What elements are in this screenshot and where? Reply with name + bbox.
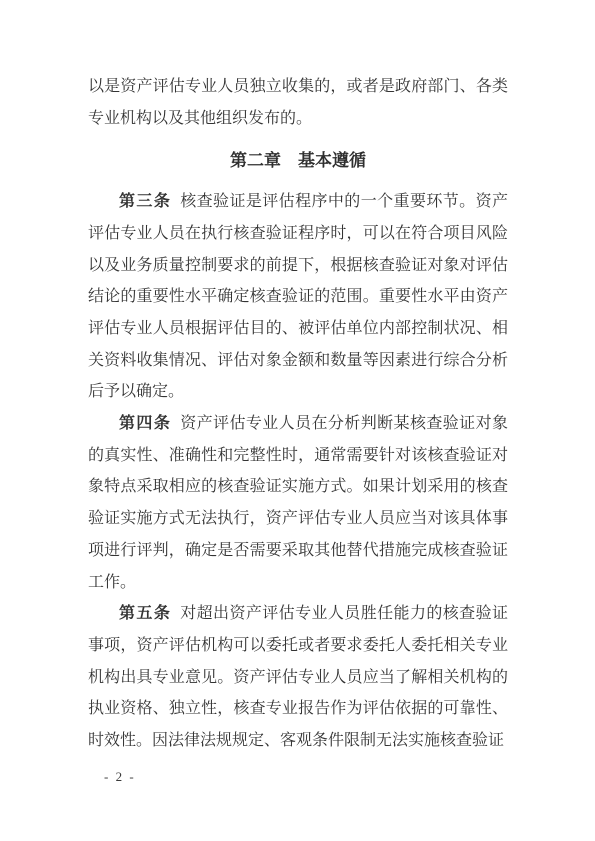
article-5-text: 对超出资产评估专业人员胜任能力的核查验证事项，资产评估机构可以委托或者要求委托人…: [88, 605, 508, 749]
chapter-heading: 第二章 基本遵循: [88, 145, 508, 177]
article-3-text: 核查验证是评估程序中的一个重要环节。资产评估专业人员在执行核查验证程序时，可以在…: [88, 193, 508, 400]
document-page: 以是资产评估专业人员独立收集的，或者是政府部门、各类专业机构以及其他组织发布的。…: [0, 0, 595, 841]
article-3-paragraph: 第三条核查验证是评估程序中的一个重要环节。资产评估专业人员在执行核查验证程序时，…: [88, 186, 508, 408]
article-5-paragraph: 第五条对超出资产评估专业人员胜任能力的核查验证事项，资产评估机构可以委托或者要求…: [88, 598, 508, 757]
page-body: 以是资产评估专业人员独立收集的，或者是政府部门、各类专业机构以及其他组织发布的。…: [88, 71, 508, 757]
continuation-paragraph: 以是资产评估专业人员独立收集的，或者是政府部门、各类专业机构以及其他组织发布的。: [88, 71, 508, 134]
article-4-text: 资产评估专业人员在分析判断某核查验证对象的真实性、准确性和完整性时，通常需要针对…: [88, 415, 508, 591]
article-4-paragraph: 第四条资产评估专业人员在分析判断某核查验证对象的真实性、准确性和完整性时，通常需…: [88, 408, 508, 598]
article-5-label: 第五条: [119, 605, 171, 622]
page-number: - 2 -: [104, 768, 136, 786]
article-3-label: 第三条: [119, 193, 171, 210]
article-4-label: 第四条: [119, 415, 171, 432]
